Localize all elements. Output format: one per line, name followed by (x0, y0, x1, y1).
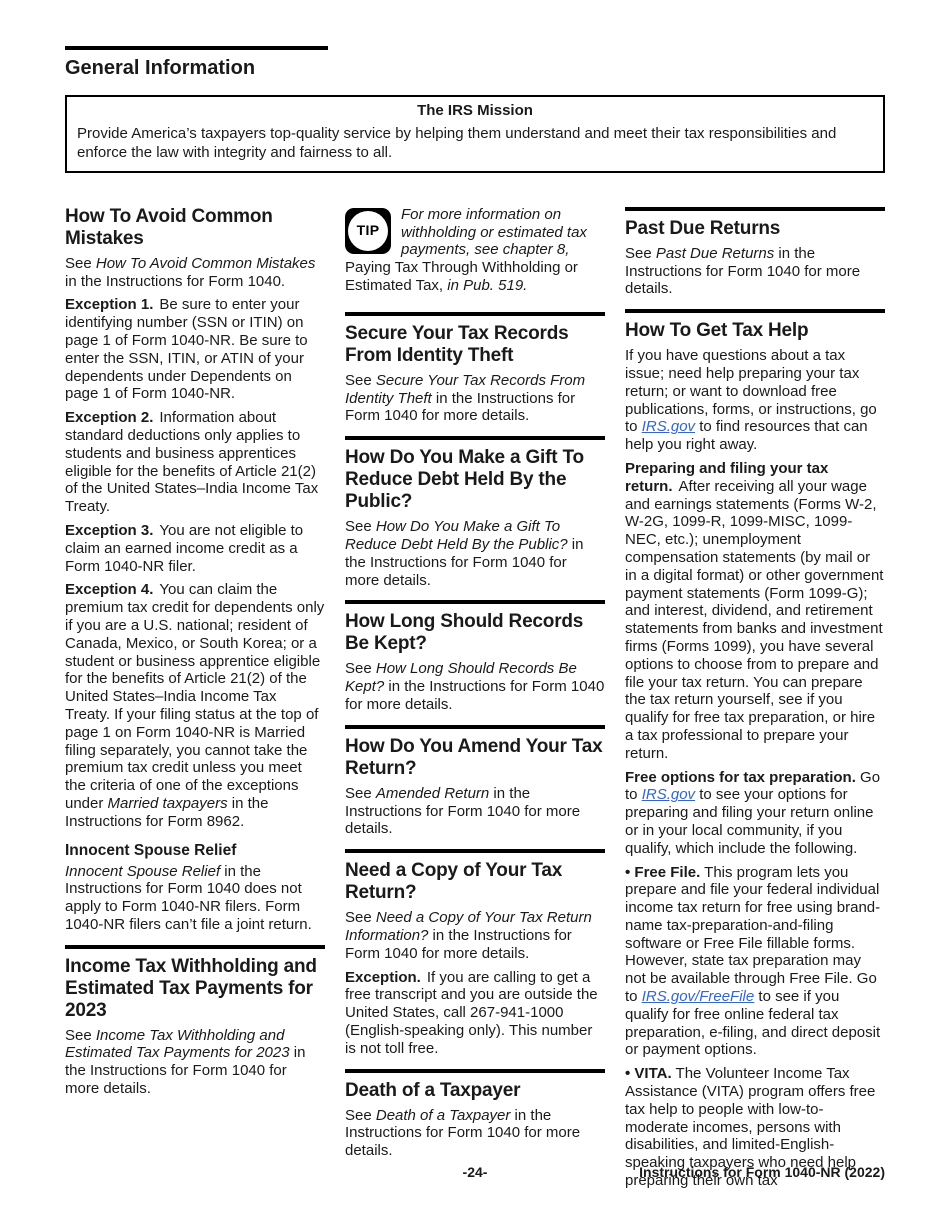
text-run: See (65, 255, 96, 272)
paragraph-innocent-spouse: Innocent Spouse Relief in the Instructio… (65, 863, 325, 934)
link-irs-gov[interactable]: IRS.gov (642, 786, 695, 803)
paragraph-tax-help-intro: If you have questions about a tax issue;… (625, 347, 885, 454)
paragraph-amend-tax-return: See Amended Return in the Instructions f… (345, 785, 605, 838)
column-2: TIP For more information on withholding … (345, 206, 605, 1166)
text-run: How Do You Make a Gift To Reduce Debt He… (345, 518, 568, 553)
text-run: Exception 1. (65, 296, 153, 313)
text-run: Exception. (345, 969, 421, 986)
tip-icon-label: TIP (348, 211, 388, 251)
heading-death-of-taxpayer: Death of a Taxpayer (345, 1080, 605, 1102)
paragraph-withholding: See Income Tax Withholding and Estimated… (65, 1027, 325, 1098)
text-run: Free File. (634, 864, 700, 881)
paragraph-preparing-filing: Preparing and filing your tax return.Aft… (625, 460, 885, 763)
section-rule (65, 945, 325, 949)
text-run: VITA. (634, 1065, 671, 1082)
text-run: Past Due Returns (656, 245, 774, 262)
footer-doc-title: Instructions for Form 1040-NR (2022) (639, 1164, 885, 1182)
paragraph-free-options: Free options for tax preparation. Go to … (625, 769, 885, 858)
mission-title: The IRS Mission (77, 102, 873, 120)
text-run: Innocent Spouse Relief (65, 863, 220, 880)
text-run: For more information on withholding or e… (401, 206, 587, 259)
paragraph-exception-3: Exception 3.You are not eligible to clai… (65, 522, 325, 575)
paragraph-secure-tax-records: See Secure Your Tax Records From Identit… (345, 372, 605, 425)
bullet-free-file: • Free File. This program lets you prepa… (625, 864, 885, 1060)
text-run: See (345, 1107, 376, 1124)
mission-body: Provide America’s taxpayers top-quality … (77, 124, 873, 162)
text-run: in Pub. 519. (443, 277, 527, 294)
text-run: Amended Return (376, 785, 489, 802)
paragraph-exception-1: Exception 1.Be sure to enter your identi… (65, 296, 325, 403)
column-3: Past Due Returns See Past Due Returns in… (625, 206, 885, 1196)
paragraph-death-of-taxpayer: See Death of a Taxpayer in the Instructi… (345, 1107, 605, 1160)
heading-innocent-spouse-relief: Innocent Spouse Relief (65, 841, 325, 860)
paragraph-need-copy-return: See Need a Copy of Your Tax Return Infor… (345, 909, 605, 962)
column-1: How To Avoid Common Mistakes See How To … (65, 206, 325, 1104)
tip-block: TIP For more information on withholding … (345, 206, 605, 301)
text-run: See (345, 372, 376, 389)
text-run: in the Instructions for Form 1040 for mo… (345, 678, 604, 713)
paragraph-exception-2: Exception 2.Information about standard d… (65, 409, 325, 516)
text-run: Income Tax Withholding and Estimated Tax… (65, 1027, 290, 1062)
paragraph-how-long-records: See How Long Should Records Be Kept? in … (345, 660, 605, 713)
text-run: See (65, 1027, 96, 1044)
paragraph-exception-4: Exception 4.You can claim the premium ta… (65, 581, 325, 830)
document-page: General Information The IRS Mission Prov… (0, 0, 950, 1230)
paragraph-gift-reduce-debt: See How Do You Make a Gift To Reduce Deb… (345, 518, 605, 589)
text-run: You can claim the premium tax credit for… (65, 581, 324, 812)
section-rule (625, 207, 885, 211)
heading-income-tax-withholding: Income Tax Withholding and Estimated Tax… (65, 956, 325, 1022)
text-run: • (625, 1065, 634, 1082)
paragraph-copy-exception: Exception.If you are calling to get a fr… (345, 969, 605, 1058)
section-rule (345, 600, 605, 604)
irs-mission-box: The IRS Mission Provide America’s taxpay… (65, 95, 885, 173)
text-run: See (345, 785, 376, 802)
heading-past-due-returns: Past Due Returns (625, 218, 885, 240)
heading-secure-tax-records: Secure Your Tax Records From Identity Th… (345, 323, 605, 367)
page-content: General Information The IRS Mission Prov… (65, 46, 885, 1196)
text-run: See (345, 518, 376, 535)
text-run: Exception 3. (65, 522, 153, 539)
text-run: Free options for tax preparation. (625, 769, 856, 786)
section-rule (345, 436, 605, 440)
heading-how-long-records: How Long Should Records Be Kept? (345, 611, 605, 655)
page-title: General Information (65, 56, 885, 80)
text-run: Married taxpayers (108, 795, 228, 812)
text-run: How To Avoid Common Mistakes (96, 255, 316, 272)
heading-amend-tax-return: How Do You Amend Your Tax Return? (345, 736, 605, 780)
heading-how-to-get-tax-help: How To Get Tax Help (625, 320, 885, 342)
text-run: Exception 4. (65, 581, 153, 598)
section-rule (625, 309, 885, 313)
section-rule (345, 312, 605, 316)
text-run: See (345, 909, 376, 926)
text-run: • (625, 864, 634, 881)
text-run: See (625, 245, 656, 262)
three-column-layout: How To Avoid Common Mistakes See How To … (65, 206, 885, 1196)
link-irs-gov-freefile[interactable]: IRS.gov/FreeFile (642, 988, 755, 1005)
section-rule (345, 1069, 605, 1073)
text-run: See (345, 660, 376, 677)
paragraph-see-mistakes: See How To Avoid Common Mistakes in the … (65, 255, 325, 291)
text-run: Death of a Taxpayer (376, 1107, 511, 1124)
tip-icon: TIP (345, 208, 391, 254)
page-footer: -24- Instructions for Form 1040-NR (2022… (65, 1164, 885, 1184)
text-run: After receiving all your wage and earnin… (625, 478, 883, 762)
heading-how-to-avoid-common-mistakes: How To Avoid Common Mistakes (65, 206, 325, 250)
text-run: Exception 2. (65, 409, 153, 426)
text-run: This program lets you prepare and file y… (625, 864, 880, 1006)
page-number: -24- (463, 1164, 488, 1182)
heading-gift-reduce-debt: How Do You Make a Gift To Reduce Debt He… (345, 447, 605, 513)
section-rule (345, 725, 605, 729)
heading-need-copy-return: Need a Copy of Your Tax Return? (345, 860, 605, 904)
section-rule (345, 849, 605, 853)
link-irs-gov[interactable]: IRS.gov (642, 418, 695, 435)
paragraph-past-due-returns: See Past Due Returns in the Instructions… (625, 245, 885, 298)
section-title-rule (65, 46, 328, 50)
text-run: in the Instructions for Form 1040. (65, 273, 285, 290)
